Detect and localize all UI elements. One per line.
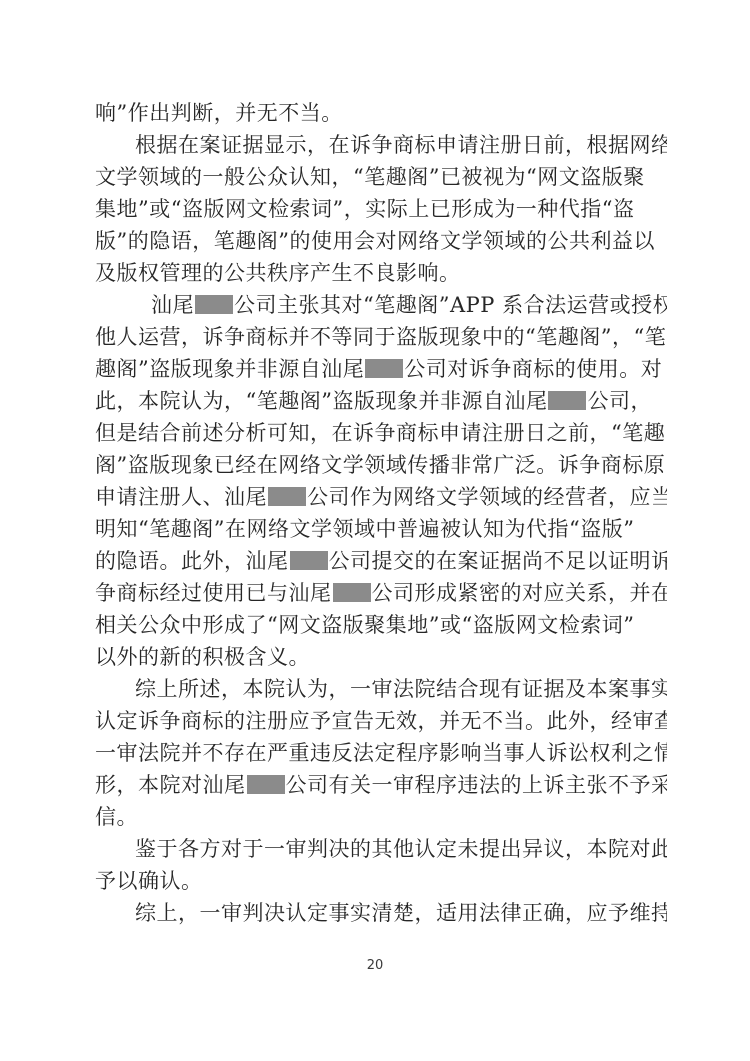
text-line: 此，本院认为，“笔趣阁”盗版现象并非源自汕尾公司， [95, 385, 667, 417]
redaction-box [548, 391, 586, 410]
text-line: 但是结合前述分析可知，在诉争商标申请注册日之前，“笔趣 [95, 417, 667, 449]
text-line: 文学领域的一般公众认知，“笔趣阁”已被视为“网文盗版聚 [95, 161, 667, 193]
text-line: 争商标经过使用已与汕尾公司形成紧密的对应关系，并在 [95, 577, 667, 609]
text-line: 阁”盗版现象已经在网络文学领域传播非常广泛。诉争商标原 [95, 449, 667, 481]
text-line: 版”的隐语，笔趣阁”的使用会对网络文学领域的公共利益以 [95, 225, 667, 257]
redaction-box [247, 775, 285, 794]
text-line: 综上，一审判决认定事实清楚，适用法律正确，应予维持。 [95, 897, 667, 929]
text-line: 集地”或“盗版网文检索词”，实际上已形成为一种代指“盗 [95, 193, 667, 225]
text-line: 响”作出判断，并无不当。 [95, 97, 667, 129]
text-line: 他人运营，诉争商标并不等同于盗版现象中的“笔趣阁”，“笔 [95, 321, 667, 353]
text-line: 汕尾公司主张其对“笔趣阁”APP 系合法运营或授权 [95, 289, 667, 321]
text-line: 趣阁”盗版现象并非源自汕尾公司对诉争商标的使用。对 [95, 353, 667, 385]
text-line: 相关公众中形成了“网文盗版聚集地”或“盗版网文检索词” [95, 609, 667, 641]
text-line: 的隐语。此外，汕尾公司提交的在案证据尚不足以证明诉 [95, 545, 667, 577]
text-block: 响”作出判断，并无不当。根据在案证据显示，在诉争商标申请注册日前，根据网络文学领… [95, 97, 667, 929]
text-line: 根据在案证据显示，在诉争商标申请注册日前，根据网络 [95, 129, 667, 161]
text-line: 综上所述，本院认为，一审法院结合现有证据及本案事实 [95, 673, 667, 705]
text-line: 及版权管理的公共秩序产生不良影响。 [95, 257, 667, 289]
text-line: 明知“笔趣阁”在网络文学领域中普遍被认知为代指“盗版” [95, 513, 667, 545]
text-line: 一审法院并不存在严重违反法定程序影响当事人诉讼权利之情 [95, 737, 667, 769]
text-line: 申请注册人、汕尾公司作为网络文学领域的经营者，应当 [95, 481, 667, 513]
document-page: 响”作出判断，并无不当。根据在案证据显示，在诉争商标申请注册日前，根据网络文学领… [0, 0, 750, 1061]
redaction-box [333, 583, 371, 602]
text-line: 鉴于各方对于一审判决的其他认定未提出异议，本院对此 [95, 833, 667, 865]
text-line: 信。 [95, 801, 667, 833]
redaction-box [268, 487, 306, 506]
redaction-box [290, 551, 328, 570]
redaction-box [365, 359, 403, 378]
text-line: 形，本院对汕尾公司有关一审程序违法的上诉主张不予采 [95, 769, 667, 801]
text-line: 予以确认。 [95, 865, 667, 897]
redaction-box [195, 295, 233, 314]
text-line: 认定诉争商标的注册应予宣告无效，并无不当。此外，经审查， [95, 705, 667, 737]
page-number: 20 [0, 958, 750, 973]
text-line: 以外的新的积极含义。 [95, 641, 667, 673]
